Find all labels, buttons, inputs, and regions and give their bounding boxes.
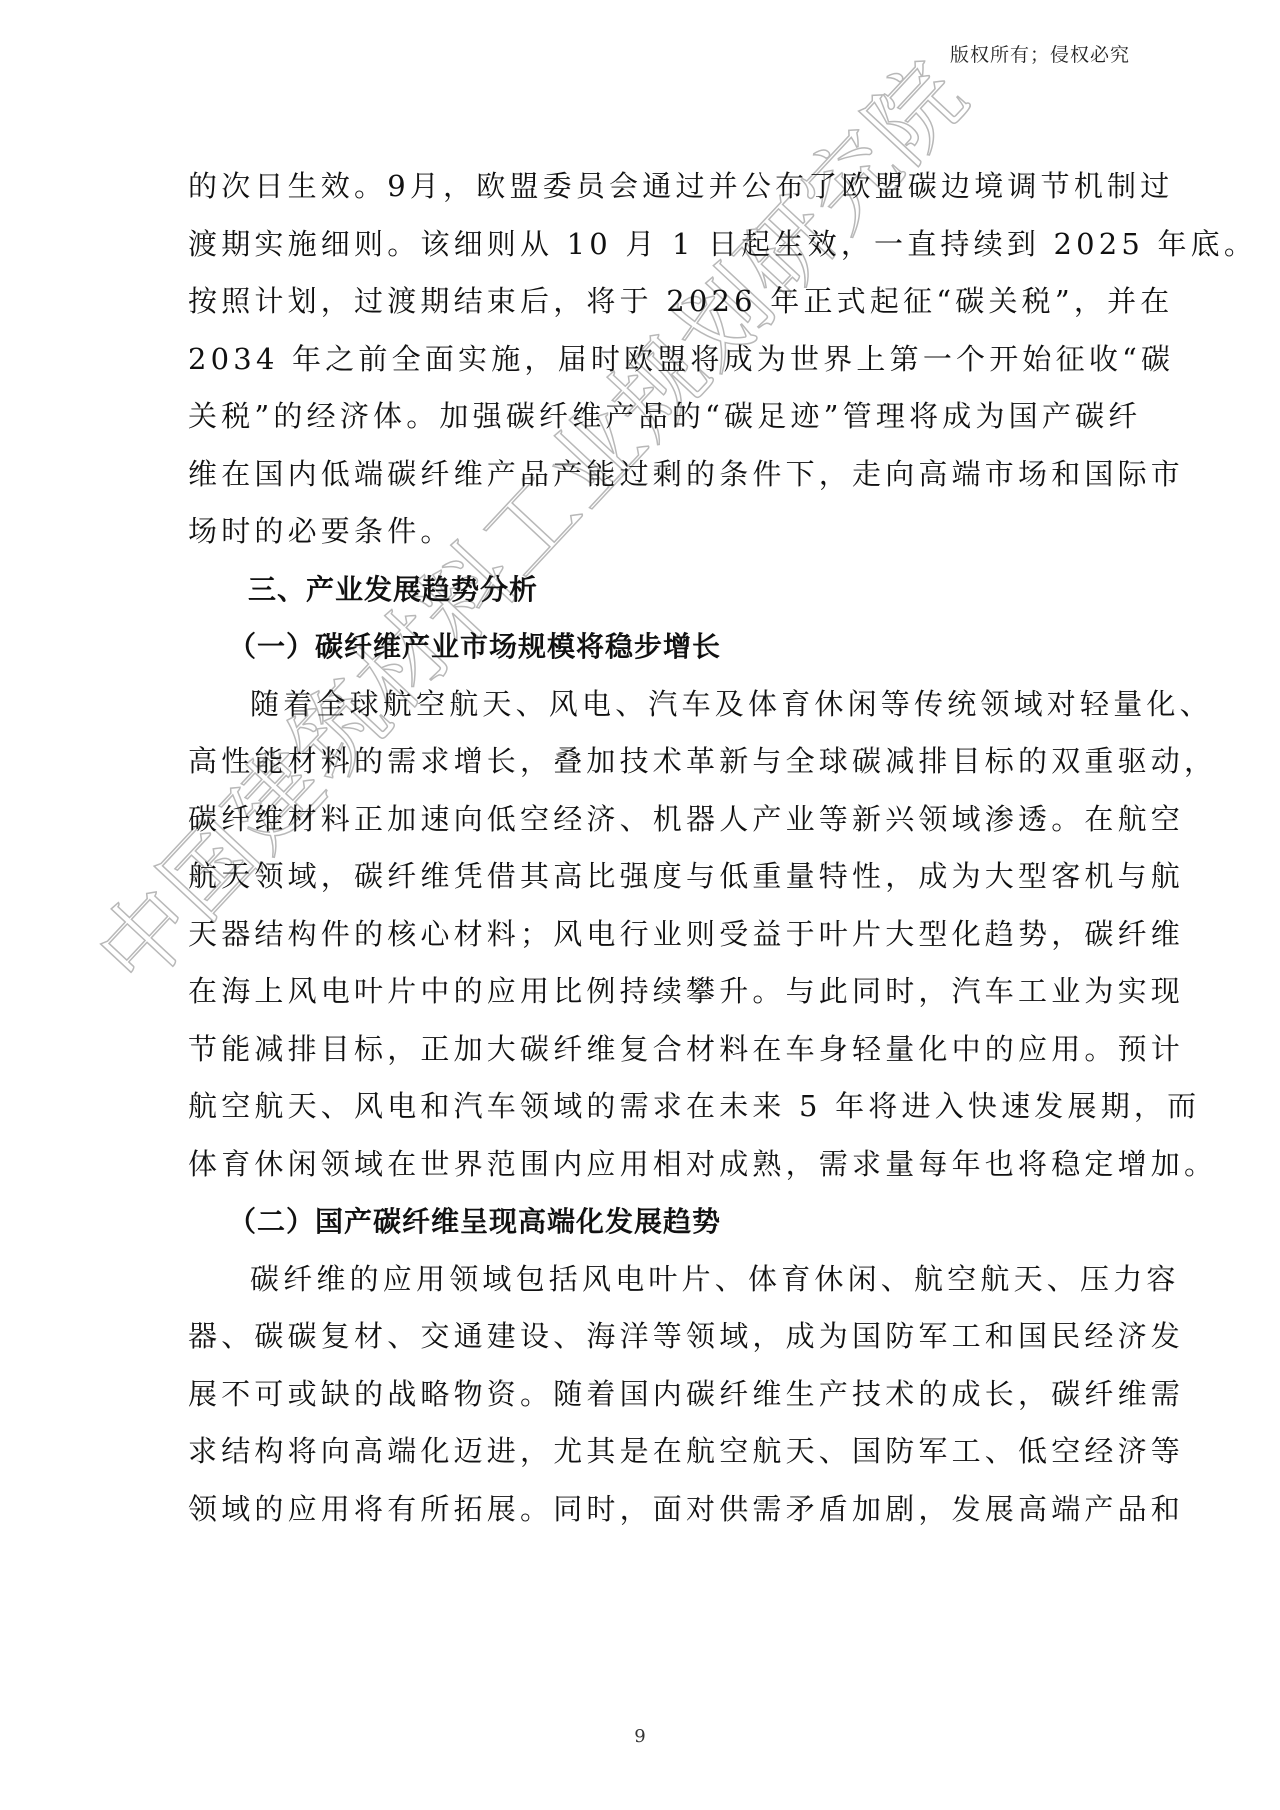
body-line: 的次日生效。9月，欧盟委员会通过并公布了欧盟碳边境调节机制过 xyxy=(188,158,1093,216)
body-line: 关税”的经济体。加强碳纤维产品的“碳足迹”管理将成为国产碳纤 xyxy=(188,388,1093,446)
body-line: 碳纤维材料正加速向低空经济、机器人产业等新兴领域渗透。在航空 xyxy=(188,791,1093,849)
body-line: 场时的必要条件。 xyxy=(188,503,1093,561)
body-line: 器、碳碳复材、交通建设、海洋等领域，成为国防军工和国民经济发 xyxy=(188,1308,1093,1366)
body-line: 求结构将向高端化迈进，尤其是在航空航天、国防军工、低空经济等 xyxy=(188,1423,1093,1481)
body-line: 在海上风电叶片中的应用比例持续攀升。与此同时，汽车工业为实现 xyxy=(188,963,1093,1021)
body-line: 维在国内低端碳纤维产品产能过剩的条件下，走向高端市场和国际市 xyxy=(188,446,1093,504)
body-line: 领域的应用将有所拓展。同时，面对供需矛盾加剧，发展高端产品和 xyxy=(188,1481,1093,1539)
subsection-heading-2: （二）国产碳纤维呈现高端化发展趋势 xyxy=(188,1193,1093,1251)
body-line: 2034 年之前全面实施，届时欧盟将成为世界上第一个开始征收“碳 xyxy=(188,331,1093,389)
body-line: 天器结构件的核心材料；风电行业则受益于叶片大型化趋势，碳纤维 xyxy=(188,906,1093,964)
body-line: 按照计划，过渡期结束后，将于 2026 年正式起征“碳关税”，并在 xyxy=(188,273,1093,331)
page-number: 9 xyxy=(0,1726,1280,1747)
body-line: 节能减排目标，正加大碳纤维复合材料在车身轻量化中的应用。预计 xyxy=(188,1021,1093,1079)
subsection-heading-1: （一）碳纤维产业市场规模将稳步增长 xyxy=(188,618,1093,676)
body-line: 高性能材料的需求增长，叠加技术革新与全球碳减排目标的双重驱动， xyxy=(188,733,1093,791)
body-line: 碳纤维的应用领域包括风电叶片、体育休闲、航空航天、压力容 xyxy=(188,1251,1093,1309)
body-line: 渡期实施细则。该细则从 10 月 1 日起生效，一直持续到 2025 年底。 xyxy=(188,216,1093,274)
body-line: 航空航天、风电和汽车领域的需求在未来 5 年将进入快速发展期，而 xyxy=(188,1078,1093,1136)
body-line: 展不可或缺的战略物资。随着国内碳纤维生产技术的成长，碳纤维需 xyxy=(188,1366,1093,1424)
body-line: 航天领域，碳纤维凭借其高比强度与低重量特性，成为大型客机与航 xyxy=(188,848,1093,906)
body-line: 体育休闲领域在世界范围内应用相对成熟，需求量每年也将稳定增加。 xyxy=(188,1136,1093,1194)
document-body: 的次日生效。9月，欧盟委员会通过并公布了欧盟碳边境调节机制过 渡期实施细则。该细… xyxy=(188,158,1093,1538)
copyright-header: 版权所有；侵权必究 xyxy=(950,40,1130,67)
section-heading: 三、产业发展趋势分析 xyxy=(188,561,1093,619)
body-line: 随着全球航空航天、风电、汽车及体育休闲等传统领域对轻量化、 xyxy=(188,676,1093,734)
